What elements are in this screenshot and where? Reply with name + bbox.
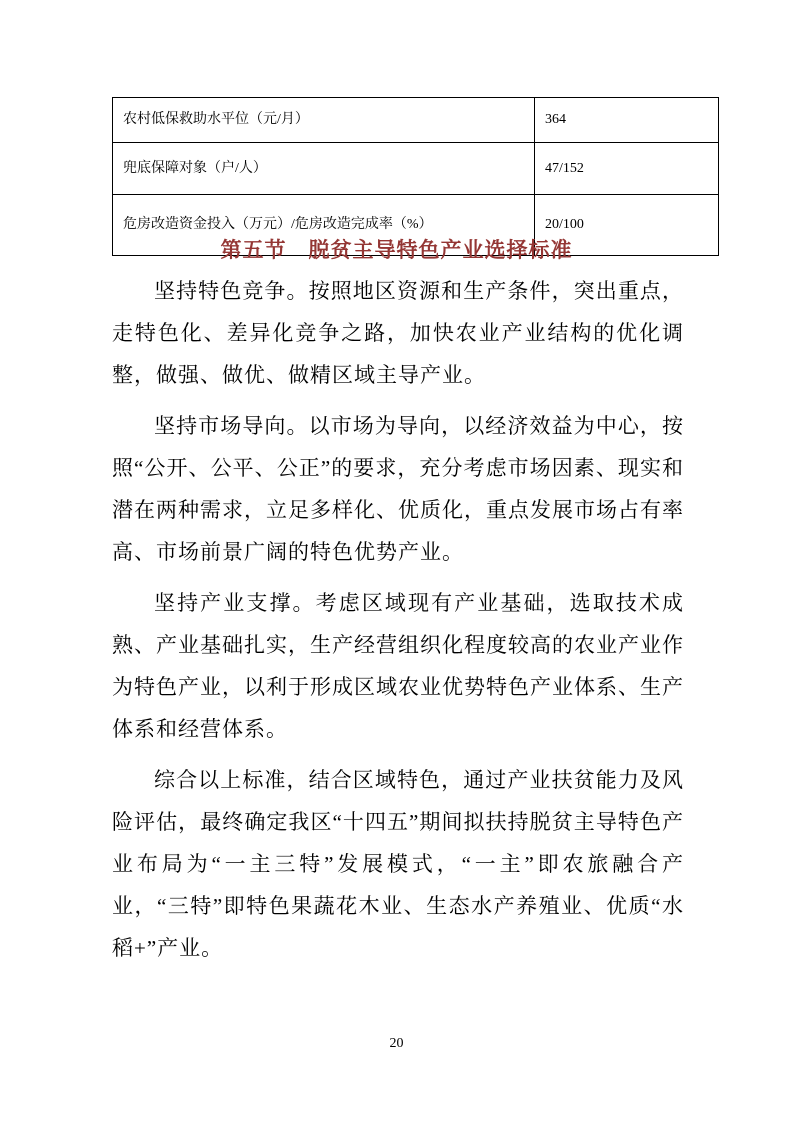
table-row: 农村低保救助水平位（元/月） 364: [113, 98, 719, 143]
table-cell-value: 47/152: [535, 143, 719, 195]
table-row: 兜底保障对象（户/人） 47/152: [113, 143, 719, 195]
paragraph-summary-layout: 综合以上标准，结合区域特色，通过产业扶贫能力及风险评估，最终确定我区“十四五”期…: [112, 759, 684, 969]
paragraph-industry-support: 坚持产业支撑。考虑区域现有产业基础，选取技术成熟、产业基础扎实，生产经营组织化程…: [112, 582, 684, 750]
table-cell-label: 兜底保障对象（户/人）: [113, 143, 535, 195]
table-cell-label: 农村低保救助水平位（元/月）: [113, 98, 535, 143]
document-page: 农村低保救助水平位（元/月） 364 兜底保障对象（户/人） 47/152 危房…: [0, 0, 793, 1122]
body-text: 坚持特色竞争。按照地区资源和生产条件，突出重点，走特色化、差异化竞争之路，加快农…: [112, 270, 684, 978]
indicators-table: 农村低保救助水平位（元/月） 364 兜底保障对象（户/人） 47/152 危房…: [112, 97, 719, 256]
table-cell-value: 364: [535, 98, 719, 143]
page-number: 20: [0, 1036, 793, 1052]
paragraph-market-orientation: 坚持市场导向。以市场为导向，以经济效益为中心，按照“公开、公平、公正”的要求，充…: [112, 405, 684, 573]
section-heading: 第五节 脱贫主导特色产业选择标准: [0, 234, 793, 264]
paragraph-feature-competition: 坚持特色竞争。按照地区资源和生产条件，突出重点，走特色化、差异化竞争之路，加快农…: [112, 270, 684, 396]
